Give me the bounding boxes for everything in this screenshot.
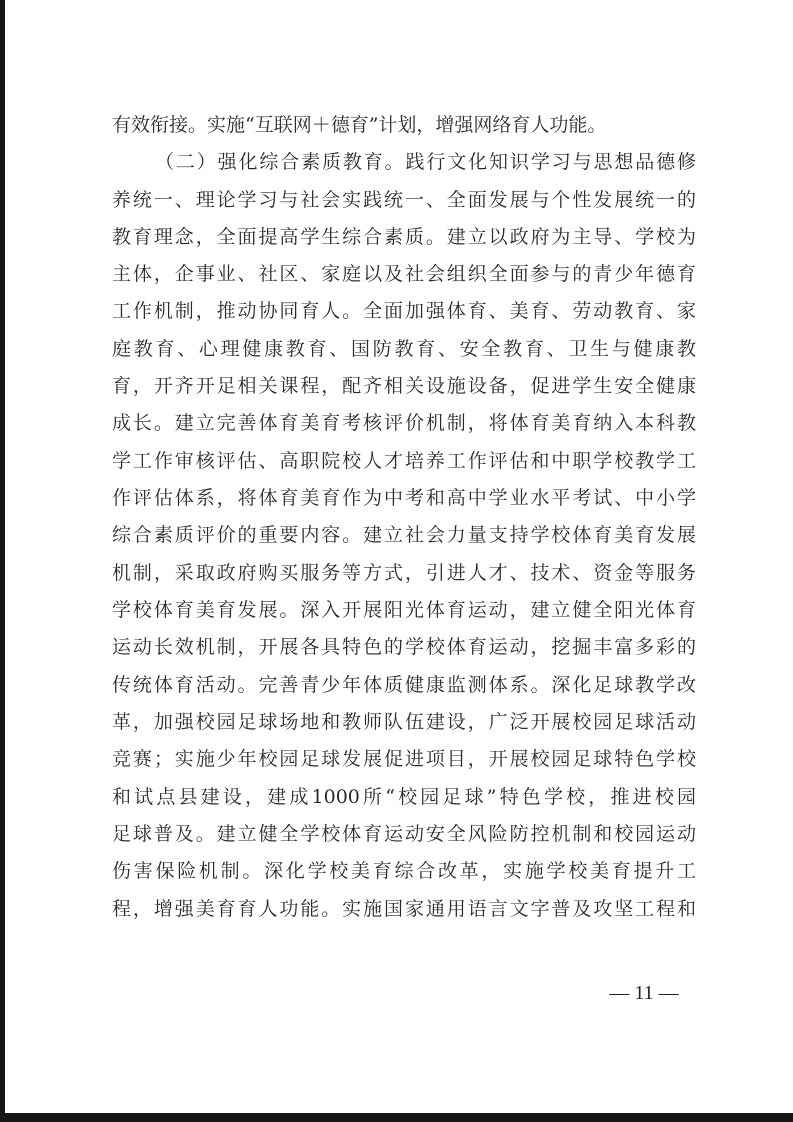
text-line: 养统一、理论学习与社会实践统一、全面发展与个性发展统一的: [112, 185, 696, 215]
text-line: 传统体育活动。完善青少年体质健康监测体系。深化足球教学改: [112, 670, 696, 700]
text-run: 践行文化知识学习与思想品德修: [406, 151, 696, 173]
text-line: 主体，企事业、社区、家庭以及社会组织全面参与的青少年德育: [112, 259, 696, 289]
document-page: 有效衔接。实施“互联网＋德育”计划，增强网络育人功能。 （二）强化综合素质教育。…: [5, 0, 793, 1113]
text-line: 伤害保险机制。深化学校美育综合改革，实施学校美育提升工: [112, 856, 696, 886]
text-line: [112, 931, 696, 961]
page-number: — 11 —: [599, 980, 689, 1006]
section-heading-line: （二）强化综合素质教育。践行文化知识学习与思想品德修: [155, 147, 696, 177]
text-line: 学校体育美育发展。深入开展阳光体育运动，建立健全阳光体育: [112, 595, 696, 625]
text-line: 和试点县建设，建成1000所“校园足球”特色学校，推进校园: [112, 782, 696, 812]
section-heading: （二）强化综合素质教育。: [155, 151, 406, 173]
text-line: 竞赛；实施少年校园足球发展促进项目，开展校园足球特色学校: [112, 744, 696, 774]
text-line: 革，加强校园足球场地和教师队伍建设，广泛开展校园足球活动: [112, 707, 696, 737]
text-line: 育，开齐开足相关课程，配齐相关设施设备，促进学生安全健康: [112, 371, 696, 401]
text-line: 作评估体系，将体育美育作为中考和高中学业水平考试、中小学: [112, 483, 696, 513]
text-line: 教育理念，全面提高学生综合素质。建立以政府为主导、学校为: [112, 222, 696, 252]
text-line: 工作机制，推动协同育人。全面加强体育、美育、劳动教育、家: [112, 296, 696, 326]
text-line: 有效衔接。实施“互联网＋德育”计划，增强网络育人功能。: [112, 110, 696, 140]
text-line: 学工作审核评估、高职院校人才培养工作评估和中职学校教学工: [112, 446, 696, 476]
text-line: 程，增强美育育人功能。实施国家通用语言文字普及攻坚工程和: [112, 894, 696, 924]
scan-border-bottom: [0, 1113, 793, 1122]
text-line: 综合素质评价的重要内容。建立社会力量支持学校体育美育发展: [112, 520, 696, 550]
text-line: 成长。建立完善体育美育考核评价机制，将体育美育纳入本科教: [112, 408, 696, 438]
text-line: 机制，采取政府购买服务等方式，引进人才、技术、资金等服务: [112, 558, 696, 588]
text-line: 运动长效机制，开展各具特色的学校体育运动，挖掘丰富多彩的: [112, 632, 696, 662]
text-line: 庭教育、心理健康教育、国防教育、安全教育、卫生与健康教: [112, 334, 696, 364]
text-line: 足球普及。建立健全学校体育运动安全风险防控机制和校园运动: [112, 819, 696, 849]
